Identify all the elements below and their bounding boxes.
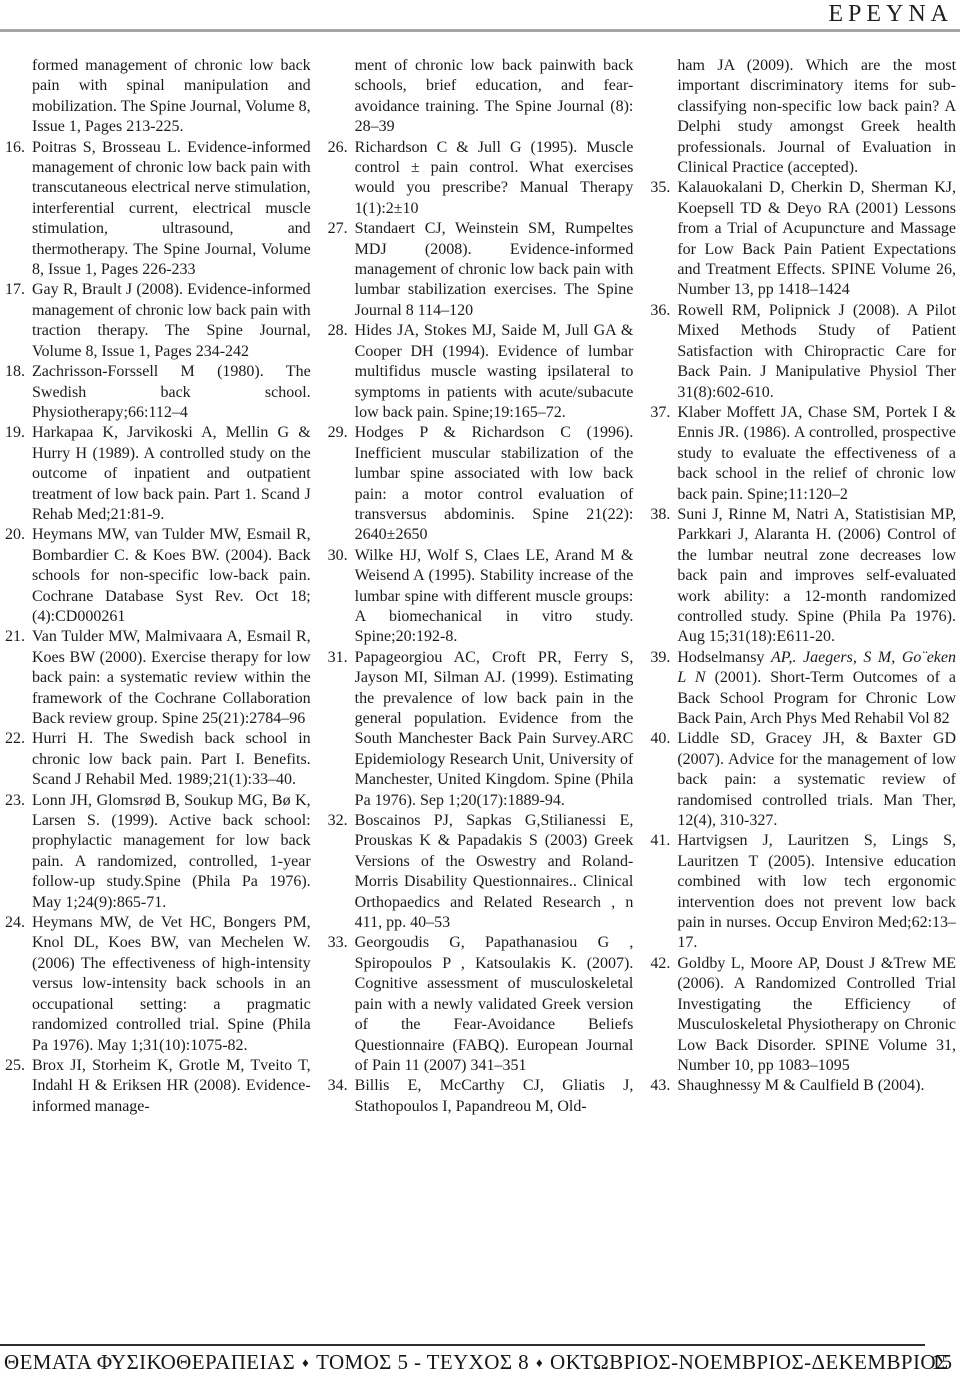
- reference-number: 21.: [5, 627, 32, 647]
- reference-column-3: ham JA (2009). Which are the most import…: [650, 56, 956, 1117]
- reference-text: Klaber Moffett JA, Chase SM, Portek I & …: [677, 404, 956, 503]
- reference-number: 28.: [328, 321, 355, 341]
- reference-text: Harkapaa K, Jarvikoski A, Mellin G & Hur…: [32, 424, 311, 523]
- reference-text: Hides JA, Stokes MJ, Saide M, Jull GA & …: [355, 322, 634, 421]
- reference-number: 18.: [5, 362, 32, 382]
- reference-number: 19.: [5, 423, 32, 443]
- journal-page: { "colors": { "background": "#ffffff", "…: [0, 0, 960, 1377]
- footer: ΘΕΜΑΤΑ ΦΥΣΙΚΟΘΕΡΑΠΕΙΑΣ♦ΤΟΜΟΣ 5 - ΤΕΥΧΟΣ …: [4, 1350, 949, 1375]
- reference-entry: 37.Klaber Moffett JA, Chase SM, Portek I…: [650, 403, 956, 505]
- references-section: formed management of chronic low back pa…: [5, 56, 956, 1117]
- reference-number: 24.: [5, 913, 32, 933]
- reference-text: Boscainos PJ, Sapkas G,Stilianessi E, Pr…: [355, 812, 634, 931]
- reference-number: 32.: [328, 811, 355, 831]
- diamond-separator-icon: ♦: [302, 1355, 309, 1371]
- reference-number: 29.: [328, 423, 355, 443]
- reference-entry: 21.Van Tulder MW, Malmivaara A, Esmail R…: [5, 627, 311, 729]
- reference-entry: 34.Billis E, McCarthy CJ, Gliatis J, Sta…: [328, 1076, 634, 1117]
- reference-number: 36.: [650, 301, 677, 321]
- reference-number: 35.: [650, 178, 677, 198]
- reference-entry: 38.Suni J, Rinne M, Natri A, Statistisia…: [650, 505, 956, 648]
- reference-text: Gay R, Brault J (2008). Evidence-informe…: [32, 281, 311, 359]
- reference-text: Goldby L, Moore AP, Doust J &Trew ME (20…: [677, 955, 956, 1074]
- reference-text: Hurri H. The Swedish back school in chro…: [32, 730, 311, 788]
- footer-rule: [0, 1344, 925, 1346]
- footer-months: ΟΚΤΩΒΡΙΟΣ-ΝΟΕΜΒΡΙΟΣ-ΔΕΚΕΜΒΡΙΟΣ: [550, 1350, 948, 1374]
- reference-number: 20.: [5, 525, 32, 545]
- section-heading: ΕΡΕΥΝΑ: [828, 1, 953, 28]
- reference-text: Georgoudis G, Papathanasiou G , Spiropou…: [355, 934, 634, 1073]
- reference-entry: 26.Richardson C & Jull G (1995). Muscle …: [328, 138, 634, 220]
- reference-text: Richardson C & Jull G (1995). Muscle con…: [355, 139, 634, 217]
- reference-number: 25.: [5, 1056, 32, 1076]
- reference-number: 26.: [328, 138, 355, 158]
- reference-text: Standaert CJ, Weinstein SM, Rumpeltes MD…: [355, 220, 634, 319]
- reference-entry: 20.Heymans MW, van Tulder MW, Esmail R, …: [5, 525, 311, 627]
- reference-entry: 41.Hartvigsen J, Lauritzen S, Lings S, L…: [650, 831, 956, 953]
- reference-text: Hodselmansy AP,. Jaegers, S M, Go¨eken L…: [677, 649, 956, 727]
- reference-entry: 19.Harkapaa K, Jarvikoski A, Mellin G & …: [5, 423, 311, 525]
- reference-number: 17.: [5, 280, 32, 300]
- reference-number: 37.: [650, 403, 677, 423]
- reference-entry: 33.Georgoudis G, Papathanasiou G , Spiro…: [328, 933, 634, 1076]
- reference-text: Wilke HJ, Wolf S, Claes LE, Arand M & We…: [355, 547, 634, 646]
- reference-number: 33.: [328, 933, 355, 953]
- reference-number: 41.: [650, 831, 677, 851]
- reference-number: 22.: [5, 729, 32, 749]
- reference-number: 31.: [328, 648, 355, 668]
- reference-entry: 35.Kalauokalani D, Cherkin D, Sherman KJ…: [650, 178, 956, 300]
- reference-entry: formed management of chronic low back pa…: [5, 56, 311, 138]
- reference-column-1: formed management of chronic low back pa…: [5, 56, 311, 1117]
- reference-text: ment of chronic low back painwith back s…: [355, 57, 634, 135]
- reference-text: Liddle SD, Gracey JH, & Baxter GD (2007)…: [677, 730, 956, 829]
- reference-number: 16.: [5, 138, 32, 158]
- reference-text: Lonn JH, Glomsrød B, Soukup MG, Bø K, La…: [32, 792, 311, 911]
- header-rule: [0, 29, 960, 32]
- reference-entry: ham JA (2009). Which are the most import…: [650, 56, 956, 178]
- reference-text: Zachrisson-Forssell M (1980). The Swedis…: [32, 363, 311, 421]
- reference-entry: 25.Brox JI, Storheim K, Grotle M, Tveito…: [5, 1056, 311, 1117]
- footer-journal-title: ΘΕΜΑΤΑ ΦΥΣΙΚΟΘΕΡΑΠΕΙΑΣ: [4, 1350, 295, 1374]
- reference-entry: 31.Papageorgiou AC, Croft PR, Ferry S, J…: [328, 648, 634, 811]
- page-number: 15: [931, 1350, 952, 1375]
- diamond-separator-icon: ♦: [536, 1355, 543, 1371]
- reference-text: Hodges P & Richardson C (1996). Ineffici…: [355, 424, 634, 543]
- reference-text: Heymans MW, de Vet HC, Bongers PM, Knol …: [32, 914, 311, 1053]
- reference-entry: 39.Hodselmansy AP,. Jaegers, S M, Go¨eke…: [650, 648, 956, 730]
- reference-entry: 24.Heymans MW, de Vet HC, Bongers PM, Kn…: [5, 913, 311, 1056]
- reference-text: Brox JI, Storheim K, Grotle M, Tveito T,…: [32, 1057, 311, 1115]
- reference-number: 39.: [650, 648, 677, 668]
- reference-column-2: ment of chronic low back painwith back s…: [328, 56, 634, 1117]
- reference-number: 43.: [650, 1076, 677, 1096]
- reference-number: 42.: [650, 954, 677, 974]
- reference-entry: 40.Liddle SD, Gracey JH, & Baxter GD (20…: [650, 729, 956, 831]
- reference-entry: 29.Hodges P & Richardson C (1996). Ineff…: [328, 423, 634, 545]
- reference-entry: 16.Poitras S, Brosseau L. Evidence-infor…: [5, 138, 311, 281]
- reference-entry: 32.Boscainos PJ, Sapkas G,Stilianessi E,…: [328, 811, 634, 933]
- reference-entry: 22.Hurri H. The Swedish back school in c…: [5, 729, 311, 790]
- reference-entry: 27.Standaert CJ, Weinstein SM, Rumpeltes…: [328, 219, 634, 321]
- reference-number: 38.: [650, 505, 677, 525]
- reference-entry: 23.Lonn JH, Glomsrød B, Soukup MG, Bø K,…: [5, 791, 311, 913]
- reference-entry: 43.Shaughnessy M & Caulfield B (2004).: [650, 1076, 956, 1096]
- reference-text: Suni J, Rinne M, Natri A, Statistisian M…: [677, 506, 956, 645]
- reference-text: Shaughnessy M & Caulfield B (2004).: [677, 1077, 924, 1094]
- footer-issue: ΤΟΜΟΣ 5 - ΤΕΥΧΟΣ 8: [316, 1350, 529, 1374]
- reference-number: 27.: [328, 219, 355, 239]
- reference-text: Hartvigsen J, Lauritzen S, Lings S, Laur…: [677, 832, 956, 951]
- reference-entry: 42.Goldby L, Moore AP, Doust J &Trew ME …: [650, 954, 956, 1076]
- reference-text: Rowell RM, Polipnick J (2008). A Pilot M…: [677, 302, 956, 401]
- reference-entry: 28.Hides JA, Stokes MJ, Saide M, Jull GA…: [328, 321, 634, 423]
- reference-entry: ment of chronic low back painwith back s…: [328, 56, 634, 138]
- reference-number: 30.: [328, 546, 355, 566]
- reference-text: Heymans MW, van Tulder MW, Esmail R, Bom…: [32, 526, 311, 625]
- reference-text: Papageorgiou AC, Croft PR, Ferry S, Jays…: [355, 649, 634, 809]
- reference-entry: 18.Zachrisson-Forssell M (1980). The Swe…: [5, 362, 311, 423]
- reference-number: 40.: [650, 729, 677, 749]
- reference-number: 23.: [5, 791, 32, 811]
- reference-entry: 30.Wilke HJ, Wolf S, Claes LE, Arand M &…: [328, 546, 634, 648]
- reference-number: 34.: [328, 1076, 355, 1096]
- reference-entry: 36.Rowell RM, Polipnick J (2008). A Pilo…: [650, 301, 956, 403]
- reference-entry: 17.Gay R, Brault J (2008). Evidence-info…: [5, 280, 311, 362]
- reference-text: Kalauokalani D, Cherkin D, Sherman KJ, K…: [677, 179, 956, 298]
- reference-text: Poitras S, Brosseau L. Evidence-informed…: [32, 139, 311, 278]
- reference-text: Billis E, McCarthy CJ, Gliatis J, Statho…: [355, 1077, 634, 1114]
- reference-text: ham JA (2009). Which are the most import…: [677, 57, 956, 176]
- reference-text: Van Tulder MW, Malmivaara A, Esmail R, K…: [32, 628, 311, 727]
- reference-text: formed management of chronic low back pa…: [32, 57, 311, 135]
